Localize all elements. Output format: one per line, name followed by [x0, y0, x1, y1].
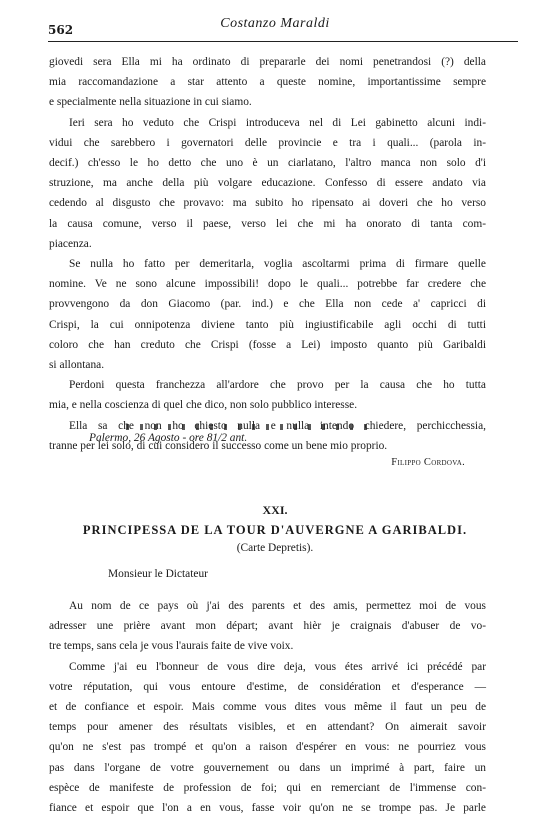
letter-body-tour-auvergne: Au nom de ce pays où j'ai des parents et…: [49, 596, 486, 818]
text-line: mia raccomandazione a star attento a que…: [49, 72, 486, 92]
chapter-source: (Carte Depretis).: [0, 542, 550, 554]
text-line: decif.) ch'esso le ho detto che uno è un…: [49, 153, 486, 173]
text-line: vidui che sarebbero i governatori delle …: [49, 133, 486, 153]
scan-artifact: [126, 424, 371, 430]
text-line: Ieri sera ho veduto che Crispi introduce…: [49, 113, 486, 133]
text-line: cedendo al disgusto che provavo: ma subi…: [49, 193, 486, 213]
text-line: pas dans l'organe de votre gouvernement …: [49, 758, 486, 778]
signature: Filippo Cordova.: [391, 457, 465, 468]
text-line: coloro che han creduto che Crispi (fosse…: [49, 335, 486, 355]
text-line: piacenza.: [49, 234, 486, 254]
text-line: la causa comune, verso il paese, verso l…: [49, 214, 486, 234]
text-line: si allontana.: [49, 355, 486, 375]
text-line: Se nulla ho fatto per demeritarla, vogli…: [49, 254, 486, 274]
salutation: Monsieur le Dictateur: [108, 568, 208, 580]
text-line: Au nom de ce pays où j'ai des parents et…: [49, 596, 486, 616]
chapter-number: XXI.: [0, 503, 550, 518]
text-line: fiance et espoir que l'on a en vous, fas…: [49, 798, 486, 818]
text-line: adresser une prière avant mon départ; av…: [49, 616, 486, 636]
running-head: Costanzo Maraldi: [0, 16, 550, 32]
text-line: temps pour amener des résultats visibles…: [49, 717, 486, 737]
header-rule: [48, 41, 518, 42]
text-line: et de confiance et espoir. Mais comme vo…: [49, 697, 486, 717]
text-line: nomine. Ve ne sono alcune impossibili! d…: [49, 274, 486, 294]
chapter-title: PRINCIPESSA DE LA TOUR D'AUVERGNE A GARI…: [0, 523, 550, 538]
letter-body-cordova: giovedi sera Ella mi ha ordinato di prep…: [49, 52, 486, 456]
text-line: Crispi, la cui onnipotenza diviene tanto…: [49, 315, 486, 335]
place-date: Palermo, 26 Agosto - ore 81/2 ant.: [89, 432, 247, 444]
text-line: mia, e nella coscienza di quel che dico,…: [49, 395, 486, 415]
text-line: tre temps, sans cela je vous l'aurais fa…: [49, 636, 486, 656]
text-line: struzione, ma anche della più volgare ed…: [49, 173, 486, 193]
text-line: Perdoni questa franchezza all'ardore che…: [49, 375, 486, 395]
text-line: votre réputation, qui vous entoure d'est…: [49, 677, 486, 697]
text-line: e specialmente nella situazione in cui s…: [49, 92, 486, 112]
text-line: qu'on ne s'est pas trompé et qu'on a rai…: [49, 737, 486, 757]
text-line: espèce de manifeste de profession de foi…: [49, 778, 486, 798]
text-line: provvengono da don Giacomo (par. ind.) e…: [49, 294, 486, 314]
text-line: giovedi sera Ella mi ha ordinato di prep…: [49, 52, 486, 72]
text-line: Comme j'ai eu l'bonneur de vous dire dej…: [49, 657, 486, 677]
